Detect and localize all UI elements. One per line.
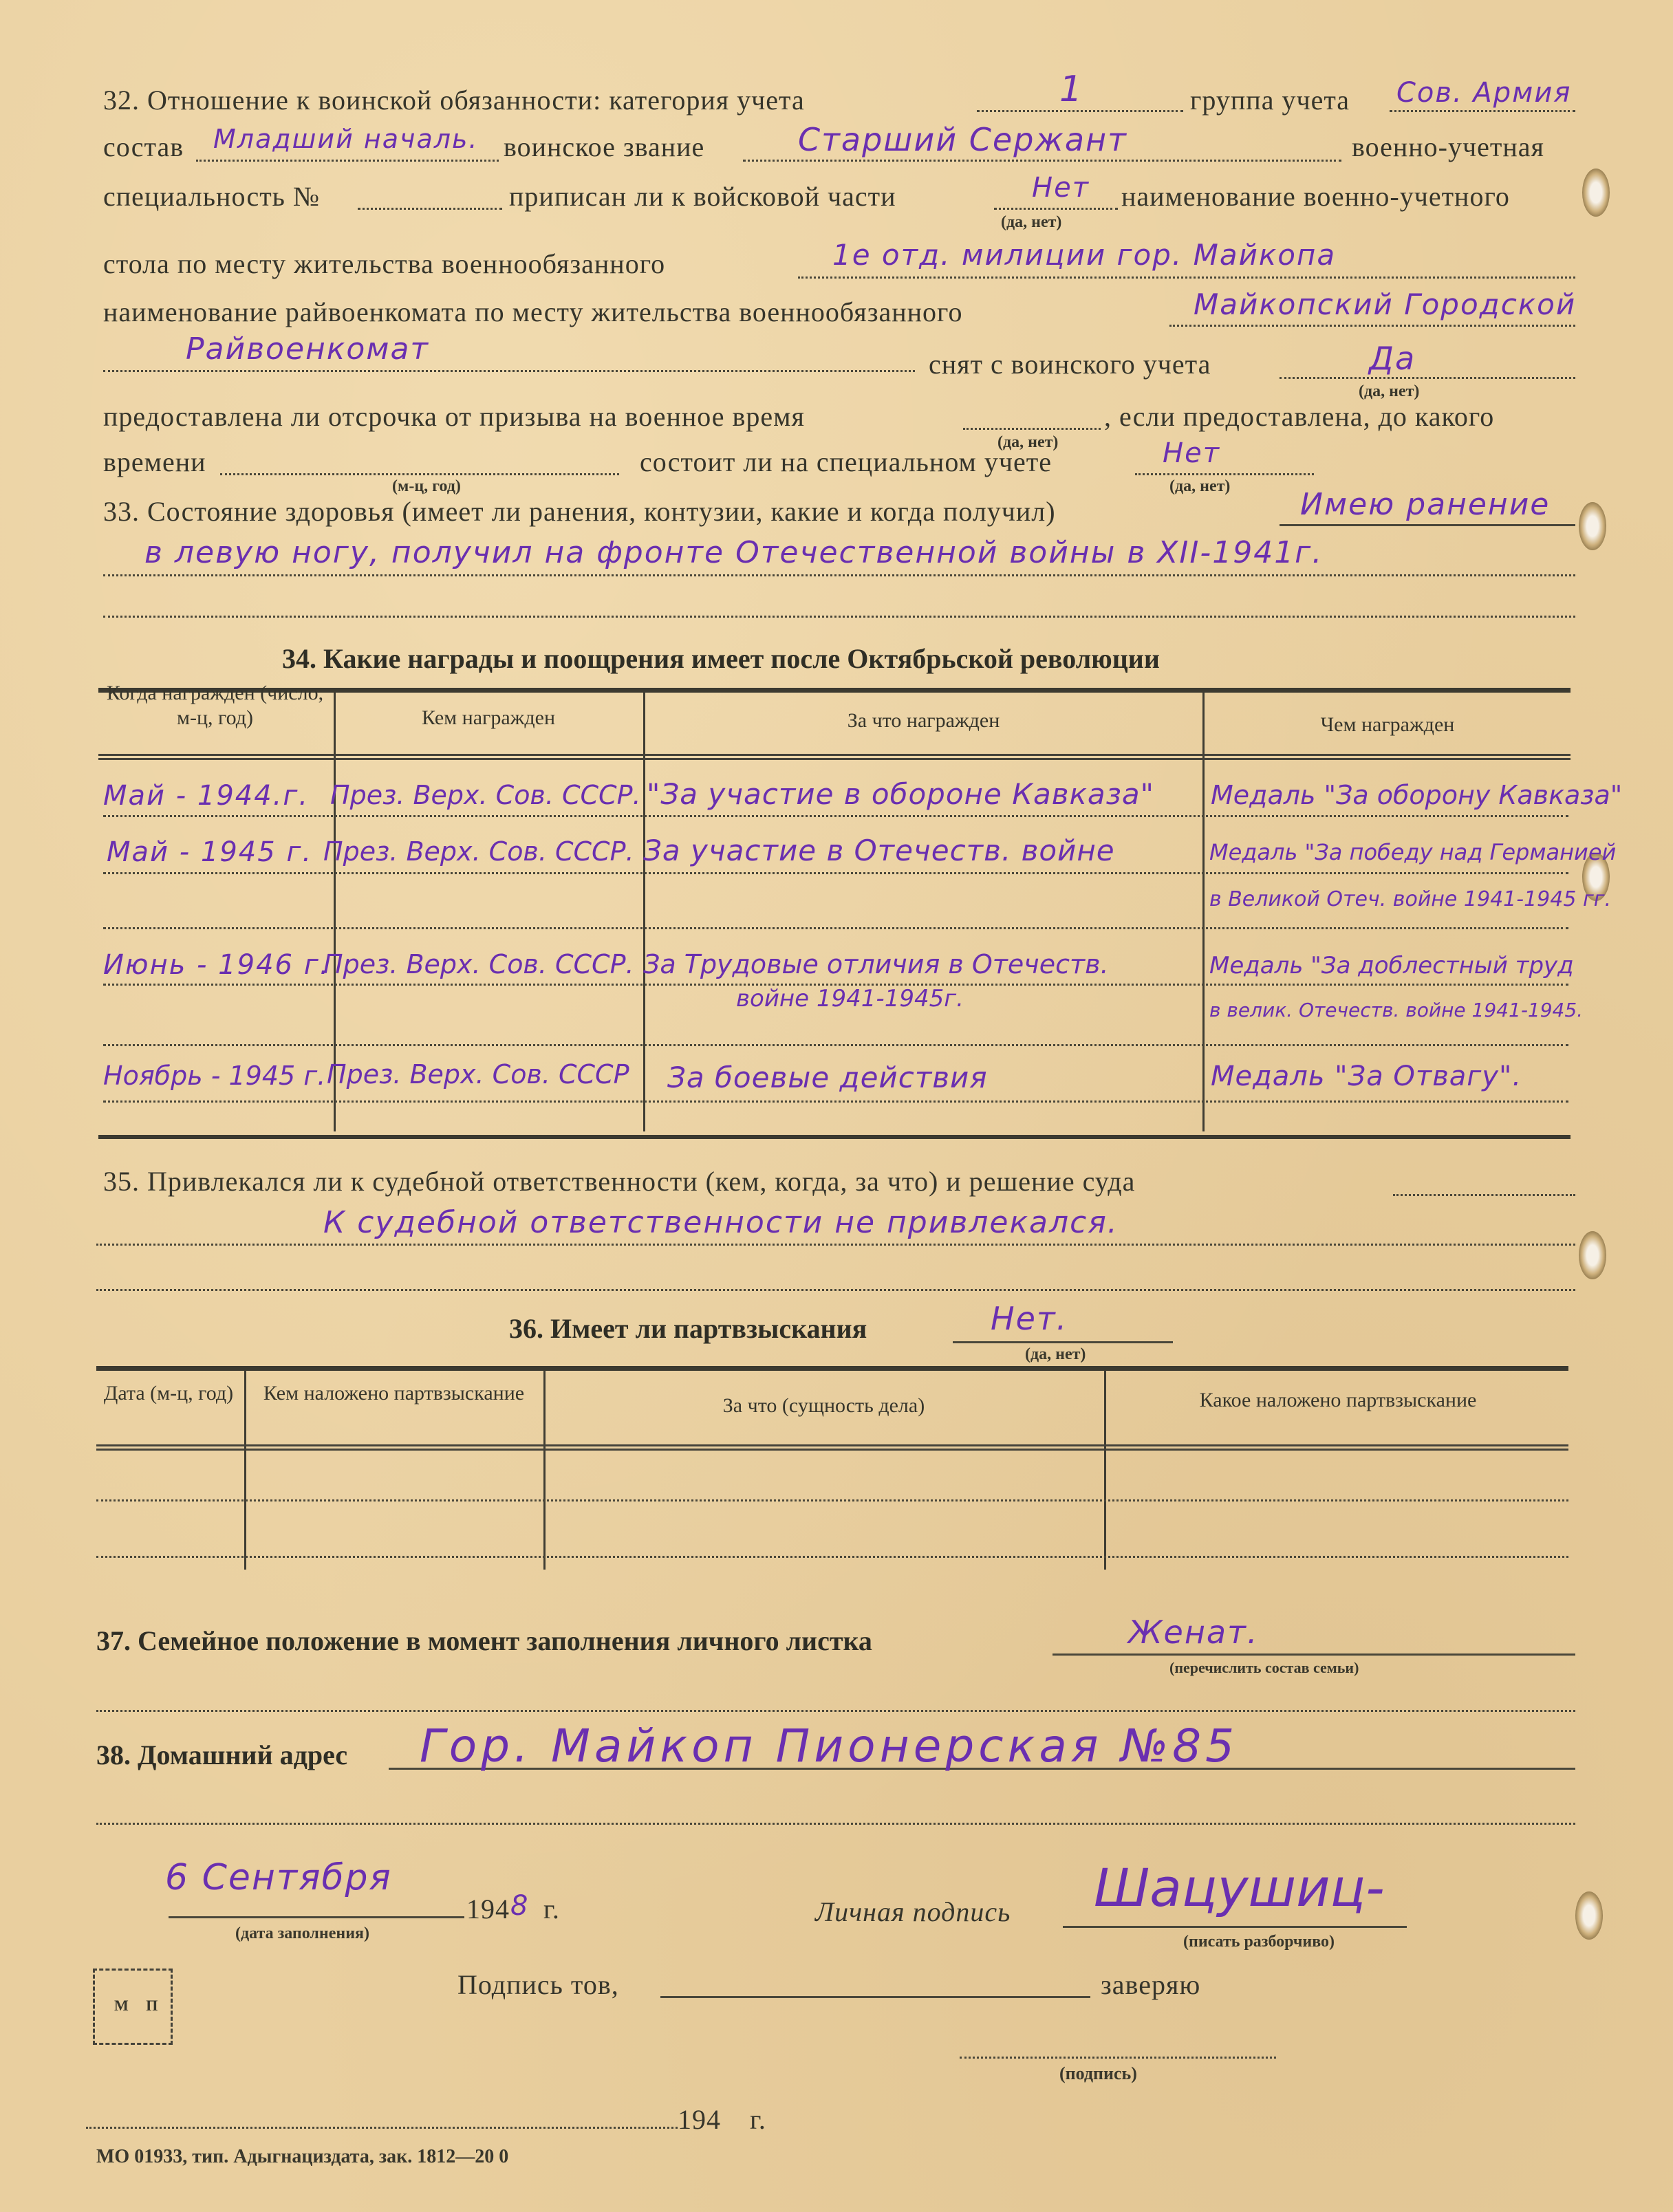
spec-label: специальность № xyxy=(103,180,320,213)
category-value[interactable]: 1 xyxy=(1059,69,1083,110)
yesno-hint: (да, нет) xyxy=(1169,477,1230,496)
removed-label: снят с воинского учета xyxy=(929,348,1211,380)
assigned-value[interactable]: Нет xyxy=(1032,172,1090,204)
binding-hole xyxy=(1582,169,1610,217)
penalty-header-by: Кем наложено партвзыскание xyxy=(248,1381,540,1406)
vu-table-value[interactable]: 1е отд. милиции гор. Майкопа xyxy=(832,238,1336,272)
penalty-header-for: За что (сущность дела) xyxy=(547,1394,1101,1418)
special-value[interactable]: Нет xyxy=(1163,437,1220,469)
binding-hole xyxy=(1579,502,1606,550)
rank-label: воинское звание xyxy=(504,131,704,163)
s37-label: 37. Семейное положение в момент заполнен… xyxy=(96,1625,872,1657)
binding-hole xyxy=(1575,1891,1603,1940)
yesno-hint: (да, нет) xyxy=(1025,1345,1086,1364)
family-answer[interactable]: Женат. xyxy=(1128,1614,1259,1651)
award-for[interactable]: За боевые действия xyxy=(667,1061,988,1094)
yesno-hint: (да, нет) xyxy=(1359,382,1419,401)
print-imprint: МО 01933, тип. Адыгнациздата, зак. 1812—… xyxy=(96,2146,508,2168)
yesno-hint: (да, нет) xyxy=(1001,213,1061,232)
penalty-header-date: Дата (м-ц, год) xyxy=(96,1381,241,1406)
time-label: времени xyxy=(103,446,206,478)
fill-year-prefix: 194 xyxy=(466,1893,510,1925)
award-by[interactable]: През. Верх. Сов. СССР. xyxy=(323,949,634,979)
penalty-answer[interactable]: Нет. xyxy=(991,1300,1068,1337)
award-what[interactable]: Медаль "За доблестный труд xyxy=(1209,952,1574,979)
sign-hint: (подпись) xyxy=(1059,2063,1137,2084)
rvk-value-1[interactable]: Майкопский Городской xyxy=(1194,288,1576,321)
rvk-value-2[interactable]: Райвоенкомат xyxy=(186,332,429,367)
award-what[interactable]: Медаль "За Отвагу". xyxy=(1211,1061,1522,1092)
sostav-value[interactable]: Младший началь. xyxy=(213,124,479,154)
award-for[interactable]: За Трудовые отличия в Отечеств. xyxy=(643,949,1109,979)
award-when[interactable]: Ноябрь - 1945 г. xyxy=(103,1061,325,1091)
sostav-label: состав xyxy=(103,131,184,163)
certify-prefix: Подпись тов, xyxy=(457,1969,619,2001)
s38-label: 38. Домашний адрес xyxy=(96,1739,347,1771)
removed-value[interactable]: Да xyxy=(1369,340,1416,377)
award-by[interactable]: През. Верх. Сов. СССР. xyxy=(330,780,641,810)
rank-value[interactable]: Старший Сержант xyxy=(798,121,1127,158)
certify-suffix: заверяю xyxy=(1101,1969,1200,2001)
health-line-2[interactable]: в левую ногу, получил на фронте Отечеств… xyxy=(144,535,1323,570)
awards-header-by: Кем награжден xyxy=(337,706,640,730)
address-answer[interactable]: Гор. Майкоп Пионерская №85 xyxy=(420,1720,1238,1772)
award-what[interactable]: Медаль "За оборону Кавказа" xyxy=(1211,780,1622,810)
s33-label: 33. Состояние здоровья (имеет ли ранения… xyxy=(103,495,1056,528)
stamp-box: М П xyxy=(93,1969,173,2045)
signature[interactable]: Шацушиц- xyxy=(1094,1857,1385,1918)
s32-label: 32. Отношение к воинской обязанности: ка… xyxy=(103,84,805,116)
fill-year-suffix: г. xyxy=(543,1893,560,1925)
fill-date-day[interactable]: 6 Сентября xyxy=(165,1857,392,1898)
assigned-label: приписан ли к войсковой части xyxy=(509,180,896,213)
special-label: состоит ли на специальном учете xyxy=(640,446,1052,478)
deferment-label: предоставлена ли отсрочка от призыва на … xyxy=(103,400,805,433)
awards-header-what: Чем награжден xyxy=(1205,713,1570,737)
award-when[interactable]: Май - 1945 г. xyxy=(107,836,312,868)
award-when[interactable]: Май - 1944.г. xyxy=(103,780,309,812)
deferment-until-label: , если предоставлена, до какого xyxy=(1104,400,1494,433)
awards-title: 34. Какие награды и поощрения имеет посл… xyxy=(282,642,1160,675)
health-line-1[interactable]: Имею ранение xyxy=(1300,487,1550,522)
award-when[interactable]: Июнь - 1946 г. xyxy=(103,949,330,981)
vu-table-label2: стола по месту жительства военнообязанно… xyxy=(103,248,665,280)
stamp-label: М П xyxy=(114,1997,164,2015)
award-what-2[interactable]: в велик. Отечеств. войне 1941-1945. xyxy=(1209,999,1583,1021)
signature-label: Личная подпись xyxy=(815,1896,1011,1928)
binding-hole xyxy=(1579,1231,1606,1279)
group-label: группа учета xyxy=(1190,84,1350,116)
signature-hint: (писать разборчиво) xyxy=(1183,1933,1335,1951)
awards-header-when: Когда награжден (число, м-ц, год) xyxy=(100,681,330,730)
award-for[interactable]: "За участие в обороне Кавказа" xyxy=(647,777,1154,811)
award-by[interactable]: През. Верх. Сов. СССР. xyxy=(323,836,634,867)
award-for[interactable]: За участие в Отечеств. войне xyxy=(643,834,1115,867)
time-hint: (м-ц, год) xyxy=(392,477,461,496)
rvk-label: наименование райвоенкомата по месту жите… xyxy=(103,296,962,328)
court-answer[interactable]: К судебной ответственности не привлекалс… xyxy=(323,1205,1119,1240)
awards-header-for: За что награжден xyxy=(647,708,1200,733)
award-by[interactable]: През. Верх. Сов. СССР xyxy=(327,1059,629,1089)
s36-label: 36. Имеет ли партвзыскания xyxy=(509,1312,867,1345)
fill-date-hint: (дата заполнения) xyxy=(235,1924,369,1943)
s35-label: 35. Привлекался ли к судебной ответствен… xyxy=(103,1165,1135,1197)
family-hint: (перечислить состав семьи) xyxy=(1169,1659,1359,1677)
award-for-2[interactable]: войне 1941-1945г. xyxy=(736,985,964,1012)
award-what[interactable]: Медаль "За победу над Германией xyxy=(1209,839,1616,865)
cert-date-suffix: г. xyxy=(750,2103,766,2136)
penalty-header-what: Какое наложено партвзыскание xyxy=(1108,1388,1568,1413)
award-what-2[interactable]: в Великой Отеч. войне 1941-1945 гг. xyxy=(1209,887,1611,911)
cert-date-year: 194 xyxy=(678,2103,721,2136)
group-value[interactable]: Сов. Армия xyxy=(1396,77,1571,109)
vu-table-label: наименование военно-учетного xyxy=(1121,180,1510,213)
vu-label: военно-учетная xyxy=(1352,131,1544,163)
fill-year-digit[interactable]: 8 xyxy=(510,1890,528,1922)
